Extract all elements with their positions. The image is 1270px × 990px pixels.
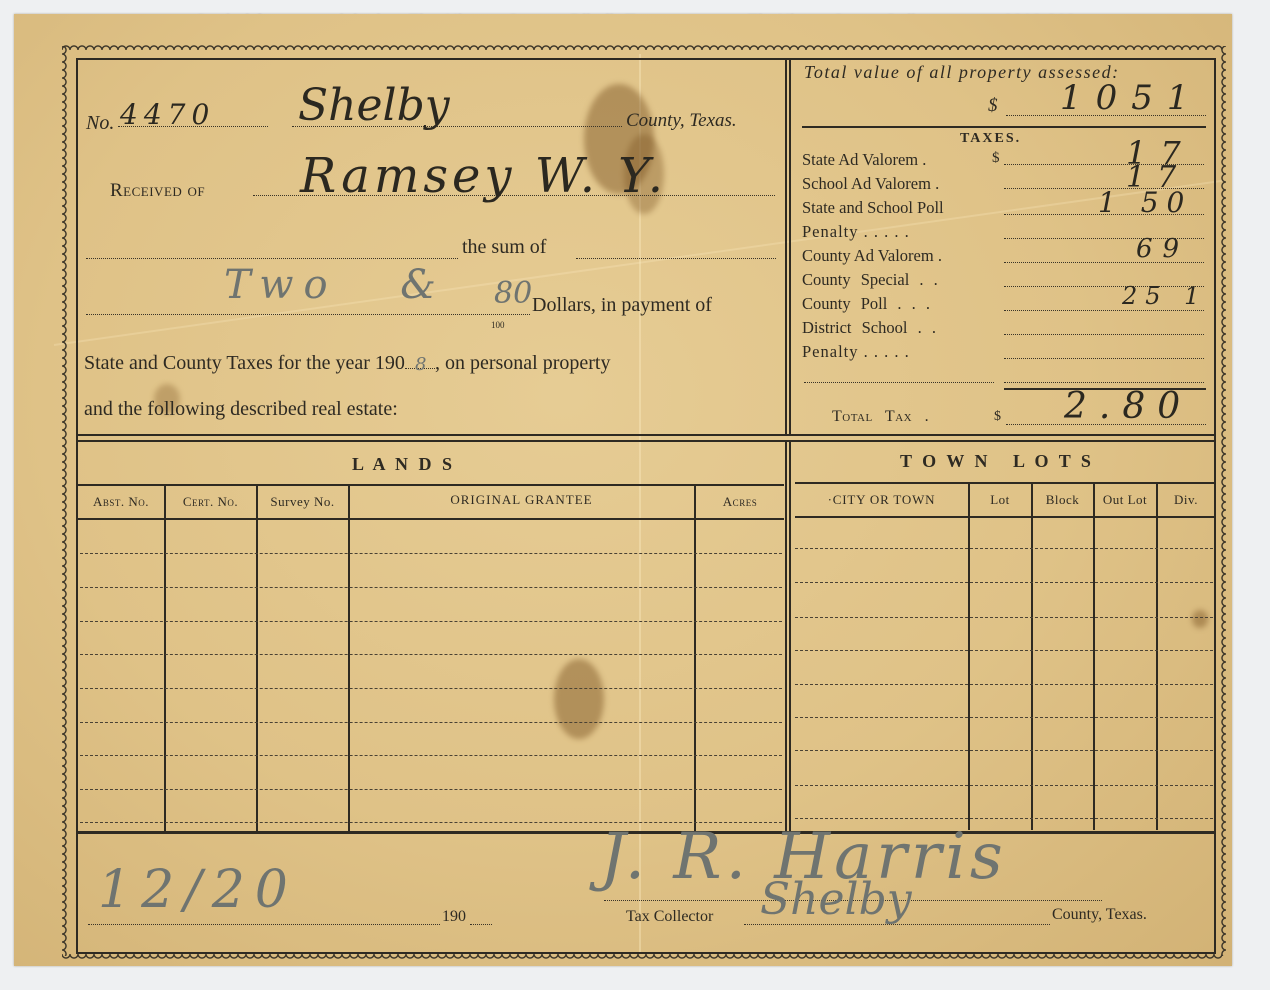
tax-item-label: County Poll . . . xyxy=(802,294,930,314)
dollars-label: Dollars, in payment of xyxy=(532,294,712,317)
decorative-border-right xyxy=(1218,46,1226,956)
town-lots-row xyxy=(795,582,1213,583)
lands-row xyxy=(80,553,782,554)
town-lots-col-out-lot: Out Lot xyxy=(1094,492,1156,508)
town-lots-col-divider xyxy=(1093,484,1095,830)
lands-col-divider xyxy=(164,486,166,832)
town-lots-col-divider xyxy=(1031,484,1033,830)
tax-item-label: School Ad Valorem . xyxy=(802,174,939,194)
tax-year-digit: 8 xyxy=(415,354,426,375)
lands-row xyxy=(80,654,782,655)
date-field xyxy=(88,924,440,925)
tax-year-prefix: State and County Taxes for the year 190 xyxy=(84,352,405,374)
tax-item-field xyxy=(1004,310,1204,311)
tax-item-label: State Ad Valorem . xyxy=(802,150,926,170)
tax-year-line: State and County Taxes for the year 1908… xyxy=(84,352,610,375)
divider-top-vertical-2 xyxy=(789,58,791,436)
total-tax-currency: $ xyxy=(994,409,1001,425)
divider-section xyxy=(76,434,1216,436)
decorative-border-left xyxy=(62,46,70,956)
receipt-number-value: 4470 xyxy=(120,98,215,131)
county-label: County, Texas. xyxy=(626,110,737,132)
received-of-label: Received of xyxy=(110,180,205,202)
town-lots-row xyxy=(795,717,1213,718)
town-lots-col-div: Div. xyxy=(1157,492,1215,508)
lands-col-divider xyxy=(694,486,696,832)
sum-field-right xyxy=(576,258,776,259)
lands-title: L A N D S xyxy=(352,454,455,475)
town-lots-header-bottom xyxy=(795,516,1215,518)
divider-mid-vertical-2 xyxy=(789,440,791,832)
tax-item-label: Penalty . . . . . xyxy=(802,222,910,242)
town-lots-title: T O W N L O T S xyxy=(900,451,1094,472)
town-lots-row xyxy=(795,617,1213,618)
taxes-divider xyxy=(802,126,1206,128)
tax-item-value: 25 1 xyxy=(1122,282,1207,310)
tax-item-currency: $ xyxy=(992,150,1000,167)
total-value-amount: 1051 xyxy=(1060,78,1203,118)
total-tax-value: 2.80 xyxy=(1064,386,1192,427)
collector-county-label: County, Texas. xyxy=(1052,906,1147,924)
tax-item: County Ad Valorem . 69 xyxy=(802,246,1206,270)
tax-item: District School . . xyxy=(802,318,1206,342)
real-estate-line: and the following described real estate: xyxy=(84,398,398,421)
town-lots-row xyxy=(795,750,1213,751)
lands-row xyxy=(80,755,782,756)
tax-item-label: District School . . xyxy=(802,318,936,338)
tax-item-value: 1 50 xyxy=(1098,186,1192,219)
lands-row xyxy=(80,789,782,790)
year-label: 190 xyxy=(442,908,466,926)
total-tax-label: Total Tax . xyxy=(832,408,929,426)
tax-item-field xyxy=(1004,358,1204,359)
lands-col-cert: Cert. No. xyxy=(165,494,256,510)
lands-col-divider xyxy=(256,486,258,832)
extra-item-label-field xyxy=(804,382,994,383)
tax-item-label: County Special . . xyxy=(802,270,938,290)
decorative-border-bottom xyxy=(62,954,1222,962)
lands-col-divider xyxy=(348,486,350,832)
lands-col-survey: Survey No. xyxy=(257,494,348,510)
payer-name: Ramsey W. Y. xyxy=(300,148,667,204)
sum-field-left xyxy=(86,258,458,259)
divider-mid-vertical xyxy=(785,440,787,832)
tax-item-label: State and School Poll xyxy=(802,198,944,218)
tax-item-label: Penalty . . . . . xyxy=(802,342,910,362)
town-lots-row xyxy=(795,818,1213,819)
taxes-title: TAXES. xyxy=(960,131,1021,147)
lands-row xyxy=(80,722,782,723)
year-field xyxy=(470,924,492,925)
town-lots-col-city: ·CITY OR TOWN xyxy=(795,492,968,508)
divider-top-vertical xyxy=(785,58,787,436)
lands-col-grantee: ORIGINAL GRANTEE xyxy=(349,492,694,508)
town-lots-header-top xyxy=(795,482,1215,484)
lands-row xyxy=(80,621,782,622)
divider-section-2 xyxy=(76,440,1216,442)
decorative-border-top xyxy=(62,42,1222,50)
amount-words-field xyxy=(86,314,530,315)
tax-item-value: 69 xyxy=(1136,234,1189,264)
lands-row xyxy=(80,587,782,588)
sum-of-label: the sum of xyxy=(462,236,546,259)
receipt-number-label: No. xyxy=(86,112,114,135)
tax-year-suffix: , on personal property xyxy=(435,352,611,374)
town-lots-col-divider xyxy=(968,484,970,830)
date-value: 12/20 xyxy=(98,860,298,920)
tax-item-label: County Ad Valorem . xyxy=(802,246,942,266)
amount-cents: 80 xyxy=(494,276,532,311)
collector-label: Tax Collector xyxy=(626,908,713,926)
lands-col-acres: Acres xyxy=(695,494,785,510)
town-lots-row xyxy=(795,684,1213,685)
lands-header-top xyxy=(78,484,784,486)
amount-words: Two & xyxy=(224,262,446,308)
town-lots-row xyxy=(795,650,1213,651)
town-lots-col-lot: Lot xyxy=(969,492,1031,508)
tax-item: County Poll . . . 25 1 xyxy=(802,294,1206,318)
county-value: Shelby xyxy=(298,80,450,131)
town-lots-col-block: Block xyxy=(1032,492,1093,508)
extra-item-value-field xyxy=(1004,382,1204,383)
town-lots-row xyxy=(795,785,1213,786)
lands-row xyxy=(80,688,782,689)
tax-item-field xyxy=(1004,334,1204,335)
total-value-currency: $ xyxy=(988,95,998,117)
tax-item: State and School Poll 1 50 xyxy=(802,198,1206,222)
lands-col-abst: Abst. No. xyxy=(78,494,164,510)
town-lots-col-divider xyxy=(1156,484,1158,830)
town-lots-row xyxy=(795,548,1213,549)
tax-item: Penalty . . . . . xyxy=(802,342,1206,366)
collector-county-value: Shelby xyxy=(760,874,912,925)
lands-header-bottom xyxy=(78,518,784,520)
cents-denominator: 100 xyxy=(491,320,505,330)
